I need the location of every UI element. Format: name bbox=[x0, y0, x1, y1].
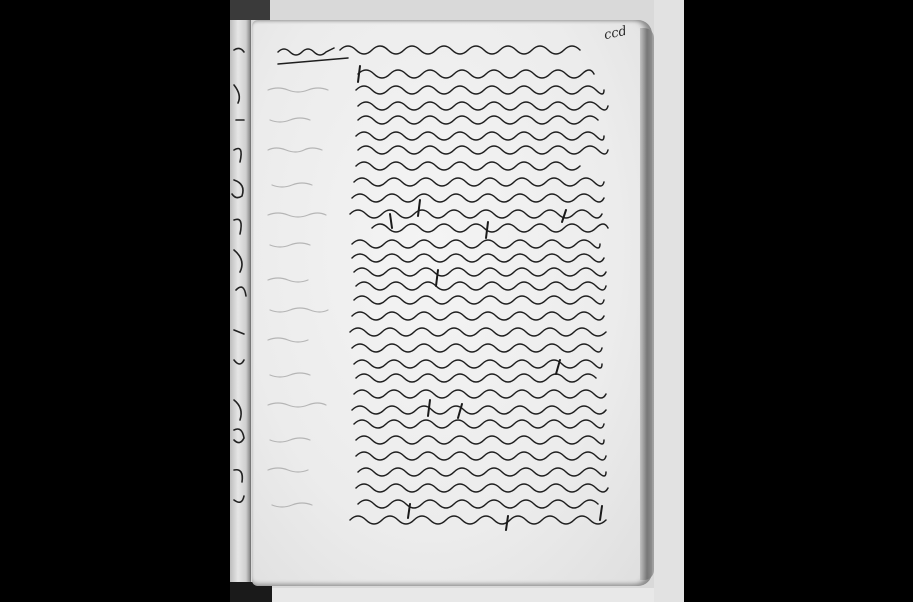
ascender-strokes bbox=[358, 66, 602, 530]
facing-page-text bbox=[232, 48, 246, 502]
bleed-through-text bbox=[268, 88, 328, 507]
handwritten-text bbox=[0, 0, 913, 602]
manuscript-lines bbox=[278, 46, 608, 524]
